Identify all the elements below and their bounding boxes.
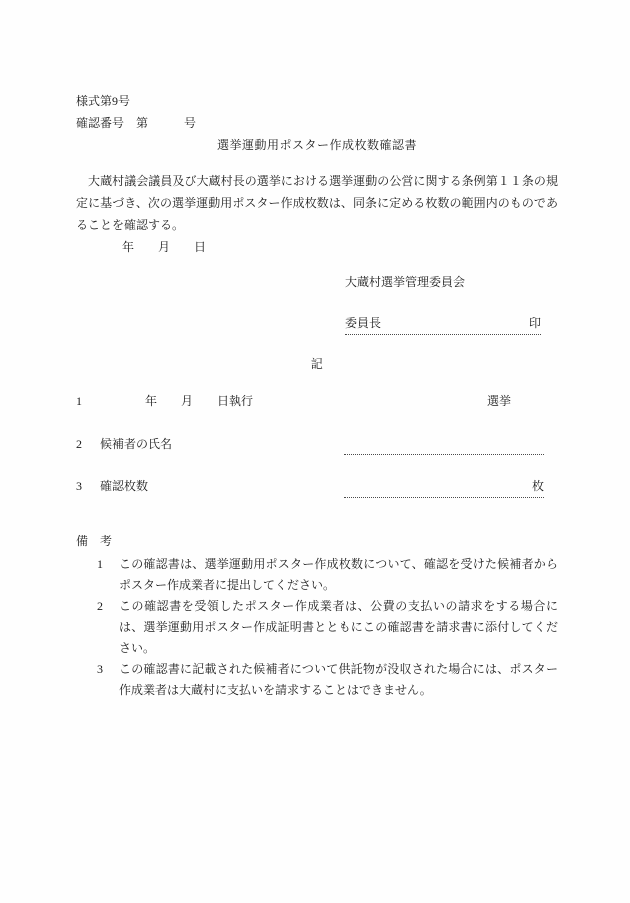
chairman-signature-line: 委員長 印 bbox=[345, 312, 541, 335]
note-text: この確認書は、選挙運動用ポスター作成枚数について、確認を受けた候補者からポスター… bbox=[119, 554, 558, 596]
remark-note: 2 この確認書を受領したポスター作成業者は、公費の支払いの請求をする場合には、選… bbox=[76, 596, 558, 659]
note-number: 1 bbox=[97, 554, 119, 596]
item-candidate-name-label: 候補者の氏名 bbox=[100, 433, 172, 455]
form-number: 様式第9号 bbox=[76, 90, 558, 112]
item-election-date: 1 年 月 日執行 選挙 bbox=[76, 390, 558, 412]
note-number: 3 bbox=[97, 659, 119, 701]
document-content: 様式第9号 確認番号 第 号 選挙運動用ポスター作成枚数確認書 大蔵村議会議員及… bbox=[76, 90, 558, 701]
candidate-name-blank-field bbox=[344, 433, 544, 455]
record-heading: 記 bbox=[76, 353, 558, 375]
confirmed-count-blank-field: 枚 bbox=[344, 475, 544, 498]
note-number: 2 bbox=[97, 596, 119, 659]
committee-name: 大蔵村選挙管理委員会 bbox=[345, 271, 558, 293]
chairman-label: 委員長 bbox=[345, 312, 381, 334]
item-number: 2 bbox=[76, 433, 100, 455]
count-unit-label: 枚 bbox=[532, 479, 544, 493]
remark-note: 1 この確認書は、選挙運動用ポスター作成枚数について、確認を受けた候補者からポス… bbox=[76, 554, 558, 596]
document-title: 選挙運動用ポスター作成枚数確認書 bbox=[76, 134, 558, 156]
date-line: 年 月 日 bbox=[76, 236, 558, 258]
remarks-heading: 備 考 bbox=[76, 530, 558, 552]
item-confirmed-count-label: 確認枚数 bbox=[100, 475, 148, 498]
item-candidate-name: 2 候補者の氏名 bbox=[76, 433, 558, 455]
remark-note: 3 この確認書に記載された候補者について供託物が没収された場合には、ポスター作成… bbox=[76, 659, 558, 701]
item-election-date-label: 年 月 日執行 bbox=[145, 390, 253, 412]
confirmation-number: 確認番号 第 号 bbox=[76, 112, 558, 134]
item-confirmed-count: 3 確認枚数 枚 bbox=[76, 475, 558, 498]
seal-label: 印 bbox=[529, 312, 541, 334]
body-paragraph: 大蔵村議会議員及び大蔵村長の選挙における選挙運動の公営に関する条例第１１条の規定… bbox=[76, 170, 558, 236]
note-text: この確認書に記載された候補者について供託物が没収された場合には、ポスター作成業者… bbox=[119, 659, 558, 701]
item-election-suffix: 選挙 bbox=[487, 390, 511, 412]
item-number: 1 bbox=[76, 390, 100, 412]
document-page: 様式第9号 確認番号 第 号 選挙運動用ポスター作成枚数確認書 大蔵村議会議員及… bbox=[0, 0, 630, 903]
item-number: 3 bbox=[76, 475, 100, 498]
item-spacer bbox=[172, 433, 344, 455]
note-text: この確認書を受領したポスター作成業者は、公費の支払いの請求をする場合には、選挙運… bbox=[119, 596, 558, 659]
item-spacer bbox=[148, 475, 344, 498]
item-spacer bbox=[253, 390, 487, 412]
